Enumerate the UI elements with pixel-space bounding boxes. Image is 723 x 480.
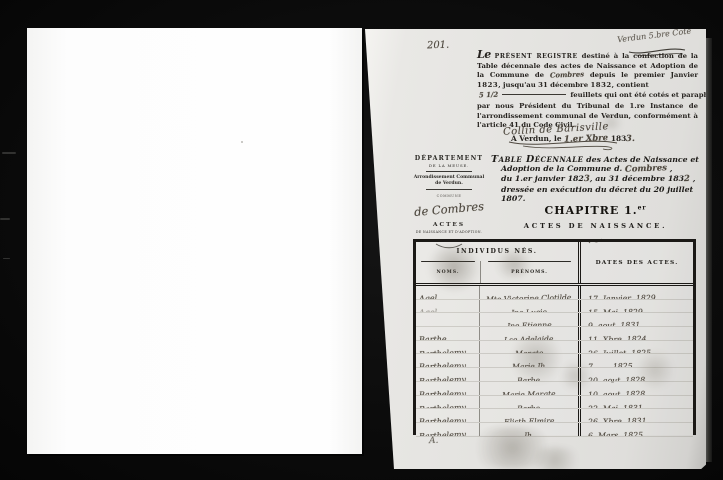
table-row: Barthelemy Barbe 22 Mai 1831 (416, 396, 693, 410)
nom-cell: Barthelemy (416, 382, 480, 395)
heading-line1-rest: des Actes de Naissance et (586, 155, 699, 164)
speck (611, 381, 614, 383)
sheet-count-line: 5 1/2feuillets qui ont été cotés et para… (479, 91, 698, 101)
dateline-year-digit-handwritten: 3. (626, 135, 635, 145)
date-value: 26 Xbre 1831 (588, 417, 647, 422)
prenom-value: Jne Lucie (511, 307, 547, 312)
heading-line2: Adoption de la Commune d. Combres , (501, 164, 700, 174)
scan-artifact (3, 258, 10, 259)
register-page: 201. Verdun 5.bre Coté Le PRÉSENT REGIST… (365, 29, 706, 469)
sheet-count-handwritten: 5 1/2 (479, 91, 499, 101)
date-value: 15 Mai 1829 (588, 307, 643, 312)
nom-cell: Barthelemy (416, 409, 480, 422)
registre-label: PRÉSENT REGISTRE (495, 53, 578, 60)
department-name: DE LA MEUSE. (410, 163, 488, 168)
heading-commune-handwritten: Combres (625, 164, 667, 175)
scanned-register-spread: 201. Verdun 5.bre Coté Le PRÉSENT REGIST… (0, 0, 723, 480)
date-value: 9 aout 1831 (588, 321, 640, 326)
divider (426, 189, 472, 190)
table-row: Jne Etienne 9 aout 1831 (416, 313, 693, 327)
year-start: 1823 (477, 81, 498, 89)
scan-artifact (2, 152, 16, 154)
lead-ornament: Le (477, 48, 491, 61)
nom-value: Barthelemy (416, 430, 466, 436)
bottom-mark-annotation: A. (429, 436, 439, 446)
table-row: Barthelemy Elisth Elmire 26 Xbre 1831 (416, 409, 693, 423)
stain (561, 359, 591, 393)
date-cell: 26 Juillet 1825 (581, 341, 693, 354)
actes-label: ACTES (410, 222, 488, 228)
divider (426, 171, 472, 172)
nom-value: Agel (416, 308, 437, 313)
left-blank-page (27, 28, 362, 454)
date-cell: 15 Mai 1829 (581, 300, 693, 313)
page-edge-stack (706, 38, 712, 462)
speck (495, 157, 497, 159)
year-end: 1832 (590, 81, 611, 89)
heading-line3: du 1.er janvier 1823, au 31 décembre 183… (501, 174, 700, 184)
heading-line4: dressée en exécution du décret du 20 jui… (501, 185, 700, 194)
date-value: 20 aout 1828 (588, 376, 645, 381)
prenom-value: Jne Etienne (507, 321, 552, 326)
heading-line3b: , au 31 décembre 183 (590, 174, 684, 183)
prenom-cell: Jne Etienne (480, 313, 581, 326)
date-value: 10 aout 1828 (588, 389, 645, 394)
stain (425, 243, 483, 291)
prenom-value: Barbe (517, 403, 540, 408)
date-cell: 22 Mai 1831 (581, 396, 693, 409)
certificate-text: depuis le premier Janvier (590, 71, 698, 79)
prenom-value: Mte Victorine Clotilde (486, 293, 572, 299)
date-value: 22 Mai 1831 (588, 403, 643, 408)
table-decennale-heading: Table Décennale des Actes de Naissance e… (491, 155, 700, 203)
certificate-text: , contient (612, 81, 649, 89)
corner-note-annotation: Verdun 5.bre Coté (617, 25, 705, 45)
chapter-label: CHAPITRE 1. (544, 204, 637, 217)
commune-printed-label: COMMUNE (410, 194, 488, 198)
nom-value: Agel (416, 294, 437, 299)
signature-flourish-icon (505, 136, 623, 152)
nom-cell: Barthelemy (416, 354, 480, 367)
prenom-cell: Elisth Elmire (480, 409, 581, 422)
stain (513, 327, 559, 389)
heading-line2-tail: , (670, 164, 673, 173)
prenom-cell: Jne Lucie (480, 300, 581, 313)
date-cell: 10 aout 1828 (581, 382, 693, 395)
faint-stamp (410, 59, 472, 74)
heading-line2-printed: Adoption de la Commune d. (501, 164, 622, 173)
nom-value: Barthelemy (416, 389, 466, 394)
prenom-value: Elisth Elmire (504, 417, 555, 422)
date-value: 6 Mars 1825 (588, 430, 643, 435)
prenom-cell: Mte Victorine Clotilde (480, 286, 581, 299)
heading-year2-digit: 2 (684, 175, 690, 184)
chapter-sup: er (638, 204, 647, 211)
heading-line1: Table Décennale des Actes de Naissance e… (491, 155, 700, 164)
actes-sublabel: DE NAISSANCE ET D'ADOPTION. (410, 230, 488, 234)
arrondissement-line1: Arrondissement Communal (410, 175, 488, 180)
nom-cell: Barthelemy (416, 396, 480, 409)
scan-artifact (0, 218, 10, 220)
table-row: Barthelemy Jh. 6 Mars 1825 (416, 423, 693, 437)
stain (597, 115, 625, 131)
chapter-title: CHAPITRE 1.er (491, 204, 700, 217)
date-cell: 11 Xbre 1824 (581, 327, 693, 340)
arrondissement-line2: de Verdun. (410, 181, 488, 186)
department-label: DÉPARTEMENT (410, 155, 488, 162)
nom-value: Barthe (416, 335, 447, 340)
nom-cell: Agel (416, 300, 480, 313)
prenom-cell: Barbe (480, 396, 581, 409)
date-cell: 17 Janvier 1829 (581, 286, 693, 299)
date-value: 17 Janvier 1829 (588, 293, 656, 298)
nom-cell (416, 313, 480, 326)
nom-value: Barthelemy (416, 348, 466, 354)
certificate-text: , jusqu'au 31 décembre (498, 81, 588, 89)
dates-header-cell: DATES DES ACTES. (581, 242, 693, 283)
date-value: 11 Xbre 1824 (588, 335, 647, 340)
fill-in-rule (502, 94, 566, 95)
heading-line3a: du 1.er janvier 182 (501, 174, 584, 183)
speck (241, 141, 243, 143)
page-number-annotation: 201. (427, 40, 450, 52)
nom-value: Barthelemy (416, 417, 466, 422)
stain (525, 447, 585, 473)
chapter-subtitle: ACTES DE NAISSANCE. (491, 222, 700, 230)
nom-cell: Barthelemy (416, 341, 480, 354)
table-row: Agel Jne Lucie 15 Mai 1829 (416, 300, 693, 314)
date-cell: 26 Xbre 1831 (581, 409, 693, 422)
heading-line3-tail: , (693, 174, 696, 183)
nom-value: Barthelemy (416, 362, 466, 367)
heading-line5: 1807. (501, 194, 700, 203)
certificate-text: feuillets qui ont été cotés et paraphés (570, 91, 717, 99)
nom-value: Barthelemy (416, 375, 466, 381)
date-value: 7 1825 (588, 362, 633, 367)
nom-cell: Barthelemy (416, 368, 480, 381)
nom-value: Barthelemy (416, 402, 466, 408)
commune-handwritten: Combres (550, 71, 584, 82)
nom-cell: Barthe (416, 327, 480, 340)
stain (637, 347, 673, 393)
heading-year1-digit: 3 (584, 175, 590, 184)
date-cell: 9 aout 1831 (581, 313, 693, 326)
stain (493, 249, 535, 279)
commune-name-handwritten: de Combres (414, 199, 485, 219)
prenom-value: Marie Margte (502, 389, 556, 394)
nom-cell: Barthelemy (416, 423, 480, 436)
date-cell: 6 Mars 1825 (581, 423, 693, 436)
